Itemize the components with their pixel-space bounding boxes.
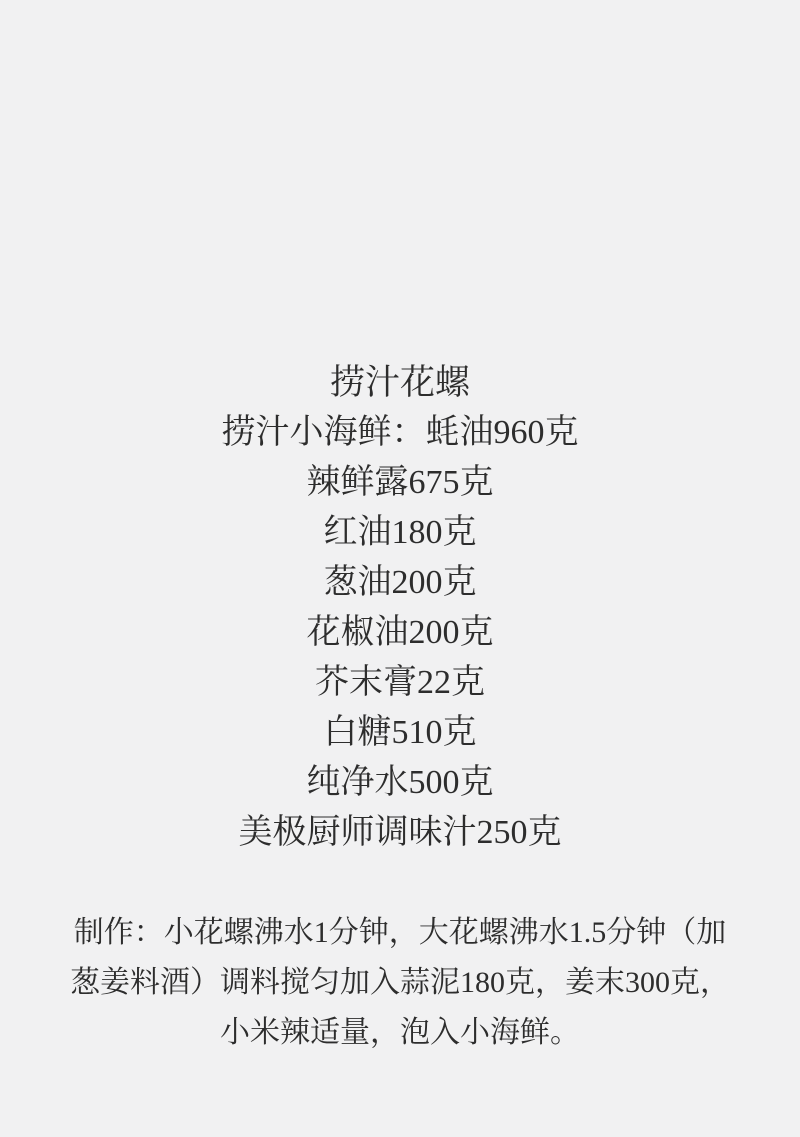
instructions-paragraph: 制作：小花螺沸水1分钟，大花螺沸水1.5分钟（加 葱姜料酒）调料搅匀加入蒜泥18… [0,908,800,1058]
ingredient-line: 红油180克 [0,508,800,558]
ingredient-line: 芥末膏22克 [0,658,800,708]
instruction-line: 小米辣适量，泡入小海鲜。 [0,1008,800,1058]
instruction-line: 制作：小花螺沸水1分钟，大花螺沸水1.5分钟（加 [0,908,800,958]
instruction-line: 葱姜料酒）调料搅匀加入蒜泥180克，姜末300克， [0,958,800,1008]
recipe-image-sheet: 捞汁花螺 捞汁小海鲜：蚝油960克 辣鲜露675克 红油180克 葱油200克 … [0,0,800,1137]
recipe-title: 捞汁花螺 [0,358,800,408]
recipe-text-block: 捞汁花螺 捞汁小海鲜：蚝油960克 辣鲜露675克 红油180克 葱油200克 … [0,358,800,1058]
ingredient-line: 辣鲜露675克 [0,458,800,508]
ingredient-line: 捞汁小海鲜：蚝油960克 [0,408,800,458]
ingredient-line: 纯净水500克 [0,758,800,808]
ingredient-line: 美极厨师调味汁250克 [0,808,800,858]
ingredient-line: 白糖510克 [0,708,800,758]
ingredient-line: 花椒油200克 [0,608,800,658]
ingredient-line: 葱油200克 [0,558,800,608]
